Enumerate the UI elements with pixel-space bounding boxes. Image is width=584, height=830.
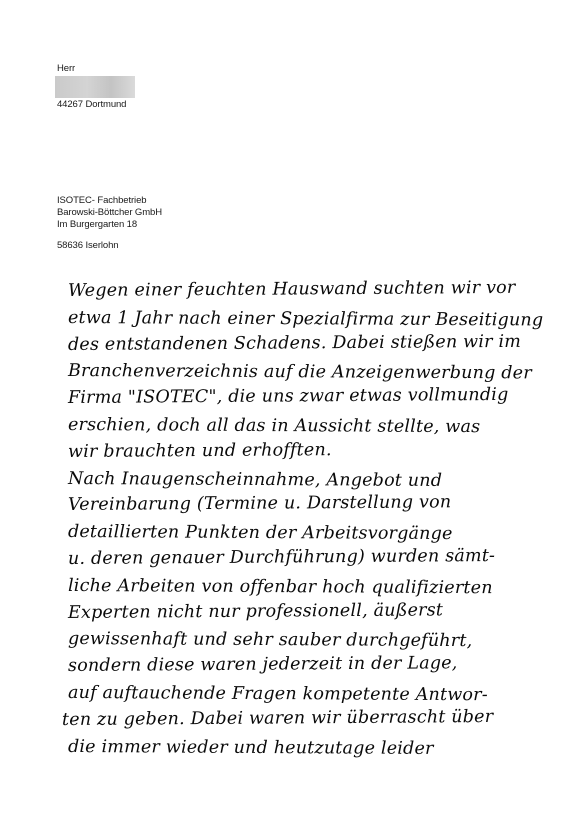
handwritten-line: ten zu geben. Dabei waren wir überrascht…: [62, 703, 584, 733]
recipient-city: 44267 Dortmund: [57, 99, 135, 111]
handwritten-line: des entstandenen Schadens. Dabei stießen…: [68, 328, 584, 358]
handwritten-line: Wegen einer feuchten Hauswand suchten wi…: [68, 274, 584, 304]
recipient-salutation: Herr: [57, 63, 135, 75]
sender-address-block: ISOTEC- Fachbetrieb Barowski-Böttcher Gm…: [57, 195, 162, 252]
sender-company-legal-name: Barowski-Böttcher GmbH: [57, 207, 162, 219]
sender-city: 58636 Iserlohn: [57, 240, 162, 252]
sender-street: Im Burgergarten 18: [57, 219, 162, 231]
handwritten-letter-body: Wegen einer feuchten Hauswand suchten wi…: [68, 278, 584, 760]
handwritten-line: sondern diese waren jederzeit in der Lag…: [68, 650, 584, 680]
redacted-recipient-name: [55, 76, 135, 98]
sender-company: ISOTEC- Fachbetrieb: [57, 195, 162, 207]
handwritten-line: Vereinbarung (Termine u. Darstellung von: [68, 489, 584, 519]
handwritten-line: wir brauchten und erhofften.: [68, 435, 584, 465]
recipient-address-block: Herr 44267 Dortmund: [57, 63, 135, 111]
handwritten-line: Firma "ISOTEC", die uns zwar etwas vollm…: [68, 382, 584, 412]
handwritten-line: u. deren genauer Durchführung) wurden sä…: [68, 542, 584, 572]
handwritten-line: die immer wieder und heutzutage leider: [68, 734, 584, 763]
address-spacer: [57, 231, 162, 240]
letter-page: Herr 44267 Dortmund ISOTEC- Fachbetrieb …: [0, 0, 584, 830]
handwritten-line: Experten nicht nur professionell, äußers…: [68, 596, 584, 626]
